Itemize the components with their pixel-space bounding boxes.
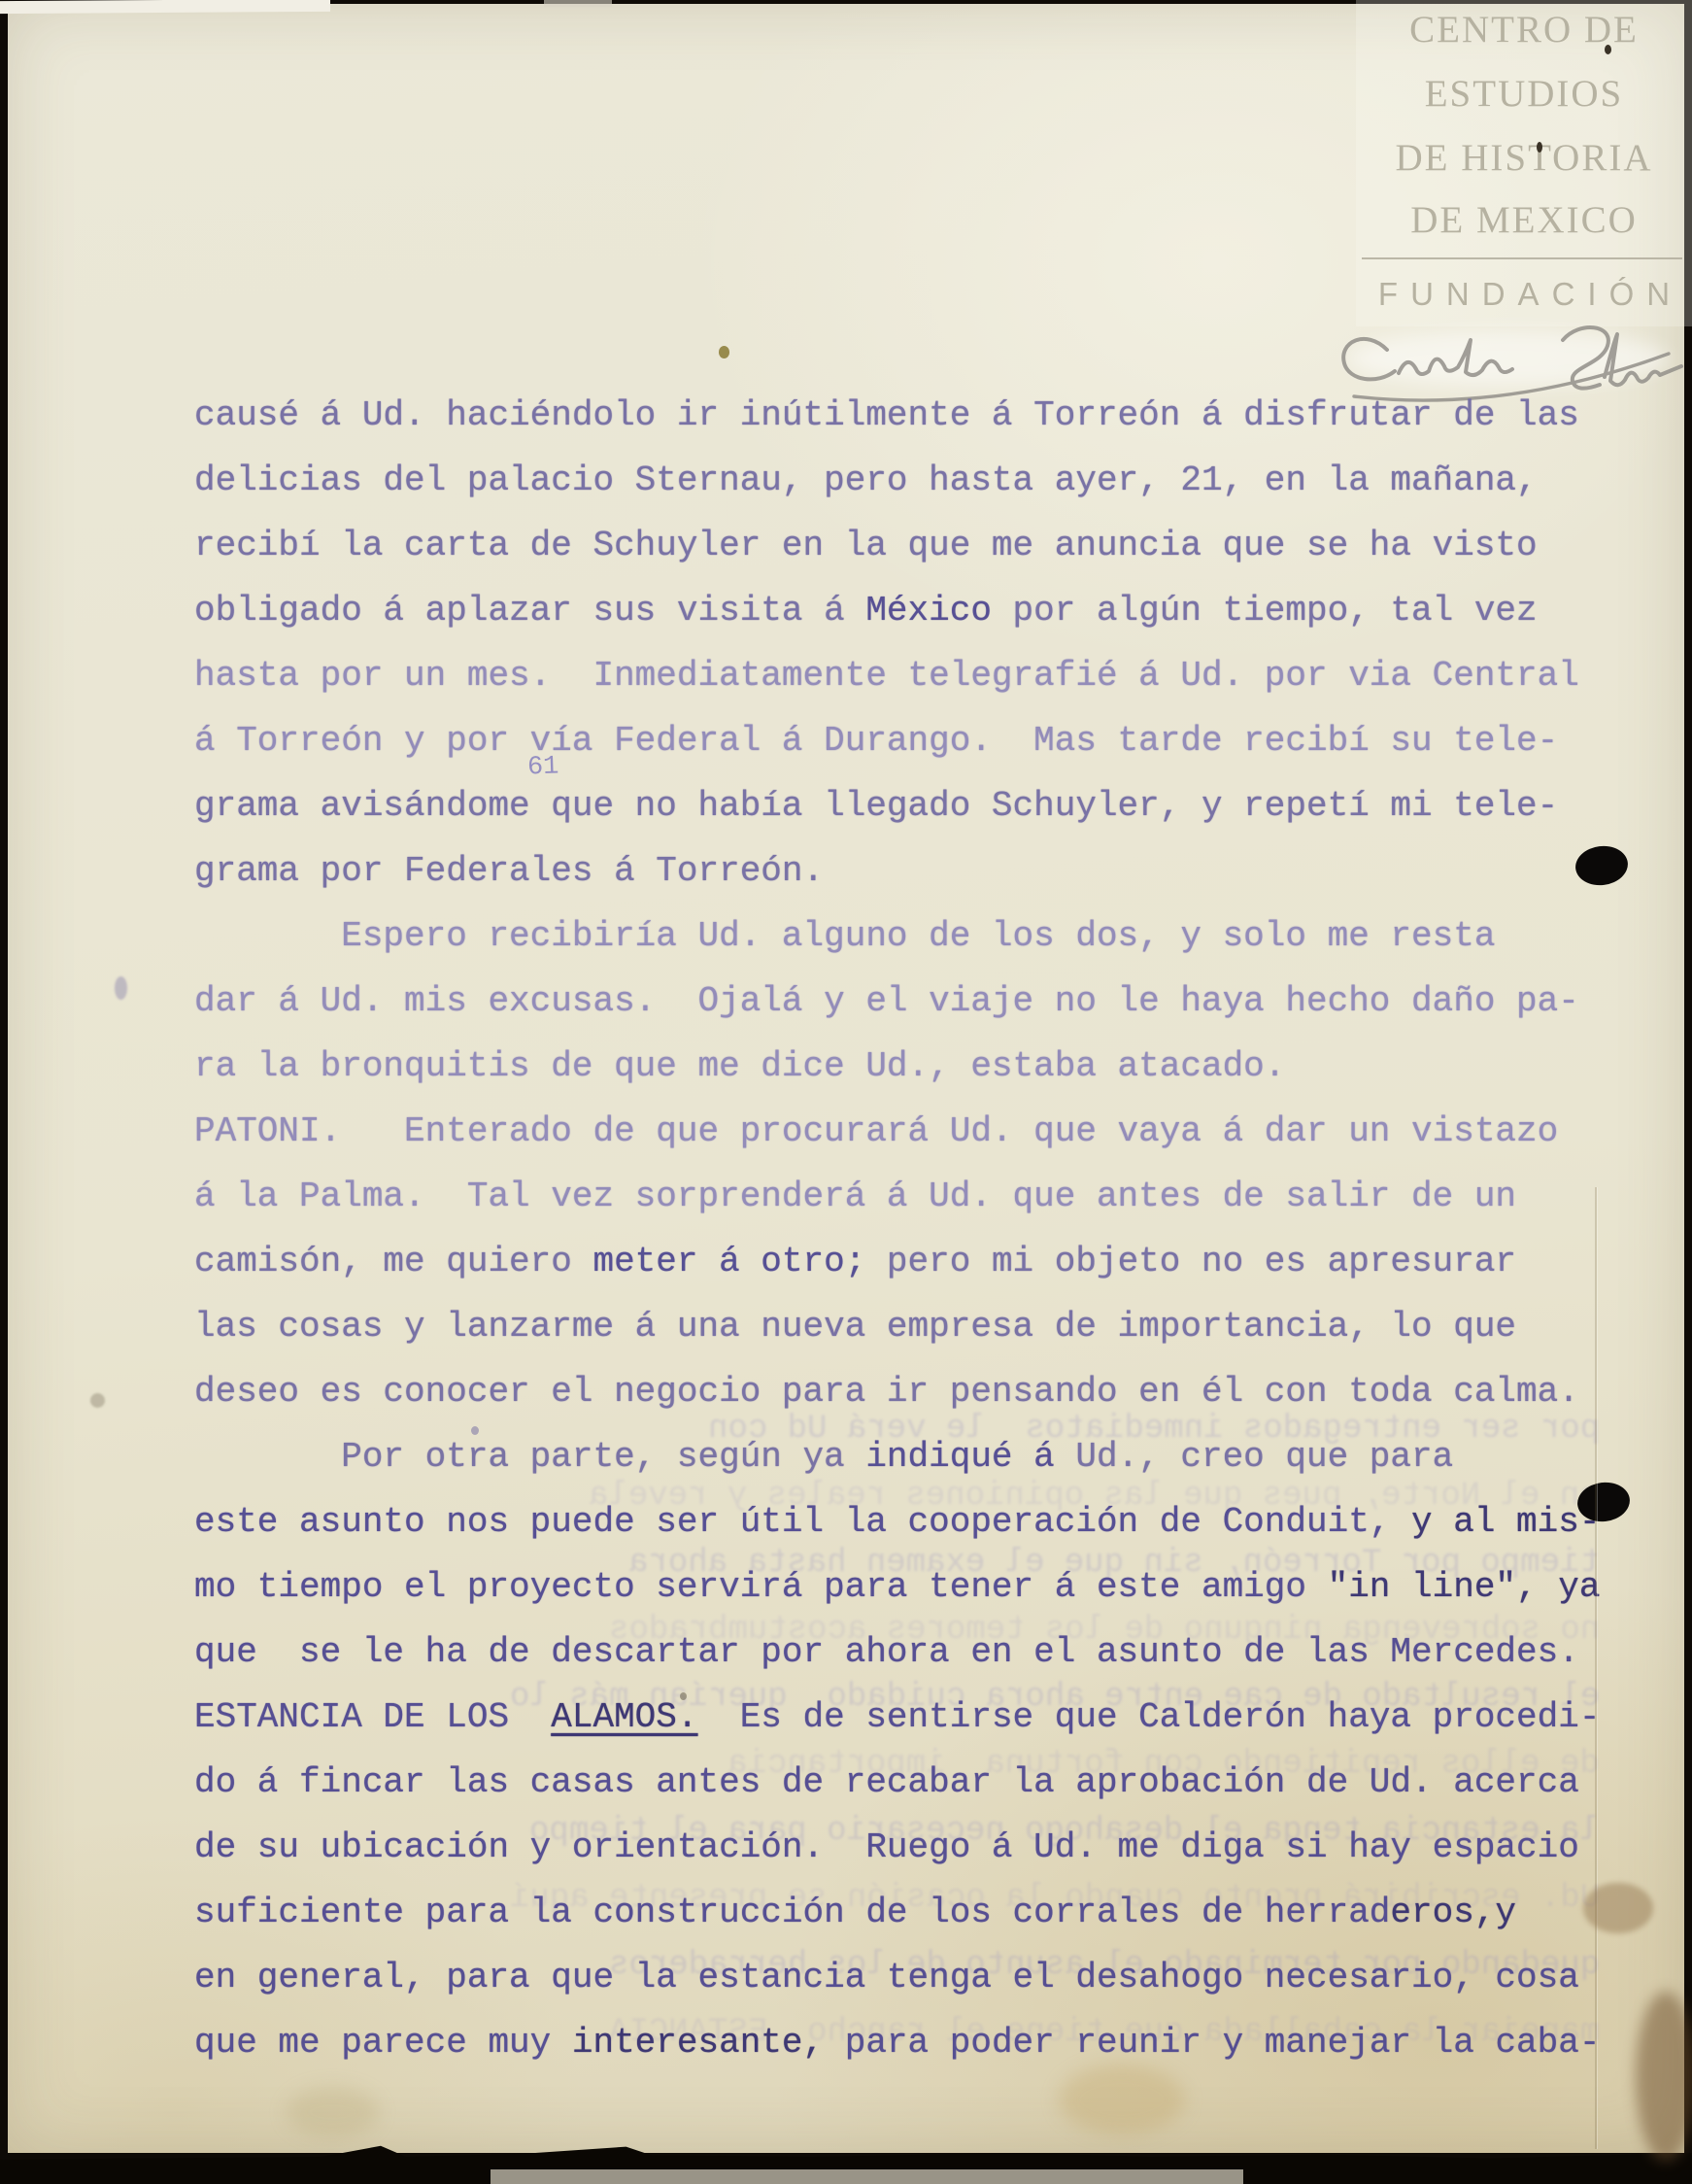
typed-text-segment: obligado á aplazar sus visita á	[194, 591, 865, 631]
typed-line: dar á Ud. mis excusas. Ojalá y el viaje …	[194, 984, 1579, 1019]
paper-stain	[680, 1692, 687, 1700]
typed-line: Por otra parte, según ya indiqué á Ud., …	[194, 1440, 1453, 1475]
typed-line: las cosas y lanzarme á una nueva empresa…	[194, 1310, 1516, 1345]
typed-line: delicias del palacio Sternau, pero hasta…	[194, 463, 1538, 498]
paper-stain	[1059, 2065, 1185, 2134]
typed-text-segment: delicias del palacio Sternau, pero hasta…	[194, 461, 1538, 500]
paper-stain	[1636, 1992, 1692, 2162]
typed-text-segment: grama por Federales á Torreón.	[194, 851, 824, 891]
typed-text-segment: eros,y	[1390, 1893, 1516, 1932]
document-scan: CENTRO DE ESTUDIOS DE HISTORIA DE MEXICO…	[0, 0, 1692, 2184]
paper-stain	[471, 1426, 479, 1435]
typed-text-segment: recibí la carta de Schuyler en la que me…	[194, 526, 1538, 565]
typed-line: grama por Federales á Torreón.	[194, 854, 824, 889]
typed-text-segment: Por otra parte, según ya	[194, 1437, 865, 1477]
typed-text-segment: causé á Ud. haciéndolo ir inútilmente á …	[194, 395, 1579, 435]
typed-line: á Torreón y por vía Federal á Durango. M…	[194, 724, 1558, 759]
typed-text-segment: de su ubicación y orientación. Ruego á U…	[194, 1827, 1579, 1867]
typed-line: á la Palma. Tal vez sorprenderá á Ud. qu…	[194, 1179, 1516, 1214]
typed-text-segment: las cosas y lanzarme á una nueva empresa…	[194, 1307, 1516, 1347]
typed-text-segment: ALAMOS.	[551, 1697, 697, 1737]
typed-line: mo tiempo el proyecto servirá para tener…	[194, 1570, 1600, 1605]
typed-text-segment: México	[865, 591, 992, 631]
typed-text-segment: pero mi objeto no es apresurar	[865, 1242, 1516, 1281]
typed-line: camisón, me quiero meter á otro; pero mi…	[194, 1245, 1516, 1280]
typed-line: PATONI. Enterado de que procurará Ud. qu…	[194, 1114, 1558, 1149]
typed-text-segment: Espero recibiría Ud. alguno de los dos, …	[194, 916, 1495, 956]
typed-text-segment: por algún tiempo, tal vez	[992, 591, 1538, 631]
typed-text-segment: deseo es conocer el negocio para ir pens…	[194, 1372, 1579, 1412]
typed-text-segment: ra la bronquitis de que me dice Ud., est…	[194, 1046, 1285, 1086]
typed-line: causé á Ud. haciéndolo ir inútilmente á …	[194, 398, 1579, 433]
typed-line: ra la bronquitis de que me dice Ud., est…	[194, 1049, 1285, 1084]
typed-line: este asunto nos puede ser útil la cooper…	[194, 1505, 1600, 1540]
typed-text-segment: Ud., creo que para	[1055, 1437, 1453, 1477]
typed-line: que se le ha de descartar por ahora en e…	[194, 1635, 1579, 1670]
typed-line: grama avisándome que no había llegado Sc…	[194, 789, 1558, 824]
typed-line: ESTANCIA DE LOS ALAMOS. Es de sentirse q…	[194, 1700, 1600, 1735]
typed-text-segment: interesante,	[572, 2023, 824, 2063]
paper-stain	[115, 976, 127, 1000]
typed-text-segment: mo tiempo el proyecto servirá para tener…	[194, 1567, 1328, 1607]
typed-text-segment: hasta por un mes. Inmediatamente telegra…	[194, 656, 1579, 696]
letter-body: causé á Ud. haciéndolo ir inútilmente á …	[0, 0, 1692, 2184]
typed-line: deseo es conocer el negocio para ir pens…	[194, 1375, 1579, 1410]
typed-text-segment: este asunto nos puede ser útil la cooper…	[194, 1502, 1411, 1542]
typed-text-segment: do á fincar las casas antes de recabar l…	[194, 1762, 1579, 1802]
typed-text-segment: Es de sentirse que Calderón haya procedi…	[698, 1697, 1601, 1737]
typed-text-segment: suficiente para la construcción de los c…	[194, 1893, 1390, 1932]
typed-line: hasta por un mes. Inmediatamente telegra…	[194, 659, 1579, 694]
paper-stain	[90, 1393, 105, 1408]
typed-line: obligado á aplazar sus visita á México p…	[194, 594, 1538, 629]
paper-stain	[287, 2087, 379, 2137]
typed-text-segment: camisón, me quiero	[194, 1242, 592, 1281]
typed-text-segment: y al mis-	[1411, 1502, 1600, 1542]
paper-crease	[1597, 1187, 1598, 2149]
typed-line: Espero recibiría Ud. alguno de los dos, …	[194, 919, 1495, 954]
typed-text-segment: para poder reunir y manejar la caba-	[824, 2023, 1600, 2063]
typed-text-segment: PATONI. Enterado de que procurará Ud. qu…	[194, 1111, 1558, 1151]
typed-text-segment: meter á otro;	[592, 1242, 865, 1281]
typed-text-segment: á Torreón y por vía Federal á Durango. M…	[194, 721, 1558, 761]
typed-text-segment: á la Palma. Tal vez sorprenderá á Ud. qu…	[194, 1177, 1516, 1216]
paper-stain	[1583, 1883, 1653, 1933]
typed-line: do á fincar las casas antes de recabar l…	[194, 1765, 1579, 1800]
typed-line: en general, para que la estancia tenga e…	[194, 1961, 1579, 1996]
typed-line: suficiente para la construcción de los c…	[194, 1895, 1516, 1930]
typed-text-segment: en general, para que la estancia tenga e…	[194, 1958, 1579, 1997]
typed-text-segment: dar á Ud. mis excusas. Ojalá y el viaje …	[194, 981, 1579, 1021]
typed-line: de su ubicación y orientación. Ruego á U…	[194, 1830, 1579, 1865]
typed-text-segment: ESTANCIA DE LOS	[194, 1697, 551, 1737]
typed-text-segment: indiqué á	[865, 1437, 1054, 1477]
typed-text-segment: "in line", ya	[1328, 1567, 1601, 1607]
typed-text-segment: que se le ha de descartar por ahora en e…	[194, 1632, 1579, 1672]
typed-line: que me parece muy interesante, para pode…	[194, 2026, 1600, 2061]
typed-text-segment: grama avisándome que no había llegado Sc…	[194, 786, 1558, 826]
paper-stain	[719, 346, 729, 358]
typed-text-segment: que me parece muy	[194, 2023, 572, 2063]
typed-line: recibí la carta de Schuyler en la que me…	[194, 529, 1538, 563]
